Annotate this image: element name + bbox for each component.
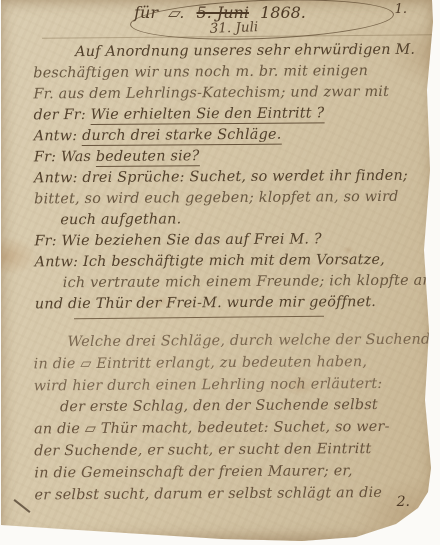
manuscript-line: ich vertraute mich einem Freunde; ich kl… (35, 271, 431, 295)
manuscript-line: an die ▱ Thür macht, bedeutet: Suchet, s… (34, 417, 430, 442)
manuscript-line: wird hier durch einen Lehrling noch erlä… (34, 373, 430, 398)
pencil-mark (14, 499, 31, 513)
manuscript-line: Welche drei Schläge, durch welche der Su… (33, 330, 429, 355)
manuscript-line: Fr: Was bedeuten sie? (34, 145, 430, 169)
paragraph-explanation: Welche drei Schläge, durch welche der Su… (33, 330, 430, 507)
line-prefix: Fr: Was (34, 149, 96, 165)
manuscript-line: euch aufgethan. (34, 208, 430, 232)
manuscript-line: in die ▱ Eintritt erlangt, zu bedeuten h… (34, 351, 430, 376)
paragraph-catechism: Auf Anordnung unseres sehr ehrwürdigen M… (33, 40, 431, 316)
manuscript-line: Antw: durch drei starke Schläge. (34, 124, 430, 148)
manuscript-line: der Suchende, er sucht, er sucht den Ein… (34, 439, 430, 464)
manuscript-line: bittet, so wird euch gegeben; klopfet an… (34, 187, 430, 211)
underlined-phrase: durch drei starke Schläge. (82, 127, 281, 146)
manuscript-page: für ▱. 5. Juni 1868. 31. Juli 1. Auf Ano… (0, 0, 440, 545)
manuscript-line: der erste Schlag, den der Suchende selbs… (34, 395, 430, 420)
manuscript-line: er selbst sucht, darum er selbst schlägt… (34, 482, 430, 507)
manuscript-line: Fr. aus dem Lehrlings-Katechism; und zwa… (33, 82, 429, 106)
manuscript-line: Antw: Ich beschäftigte mich mit dem Vors… (35, 250, 431, 274)
scanned-document: für ▱. 5. Juni 1868. 31. Juli 1. Auf Ano… (0, 0, 440, 545)
manuscript-line: in die Gemeinschaft der freien Maurer; e… (34, 460, 430, 485)
manuscript-line: beschäftigen wir uns noch m. br. mit ein… (33, 61, 429, 85)
manuscript-line: Auf Anordnung unseres sehr ehrwürdigen M… (33, 40, 429, 64)
page-number-top: 1. (395, 2, 407, 17)
underlined-phrase: bedeuten sie? (96, 148, 200, 167)
section-divider (74, 316, 324, 320)
manuscript-line: Antw: drei Sprüche: Suchet, so werdet ih… (34, 166, 430, 190)
line-prefix: der Fr: (34, 107, 91, 123)
manuscript-line: Fr: Wie beziehen Sie das auf Frei M. ? (34, 229, 430, 253)
underlined-phrase: Wie erhielten Sie den Eintritt ? (91, 105, 325, 125)
line-prefix: Antw: (34, 128, 83, 144)
manuscript-line: der Fr: Wie erhielten Sie den Eintritt ? (33, 103, 429, 127)
manuscript-line: und die Thür der Frei-M. wurde mir geöff… (35, 292, 431, 316)
page-number-bottom: 2. (397, 494, 410, 510)
